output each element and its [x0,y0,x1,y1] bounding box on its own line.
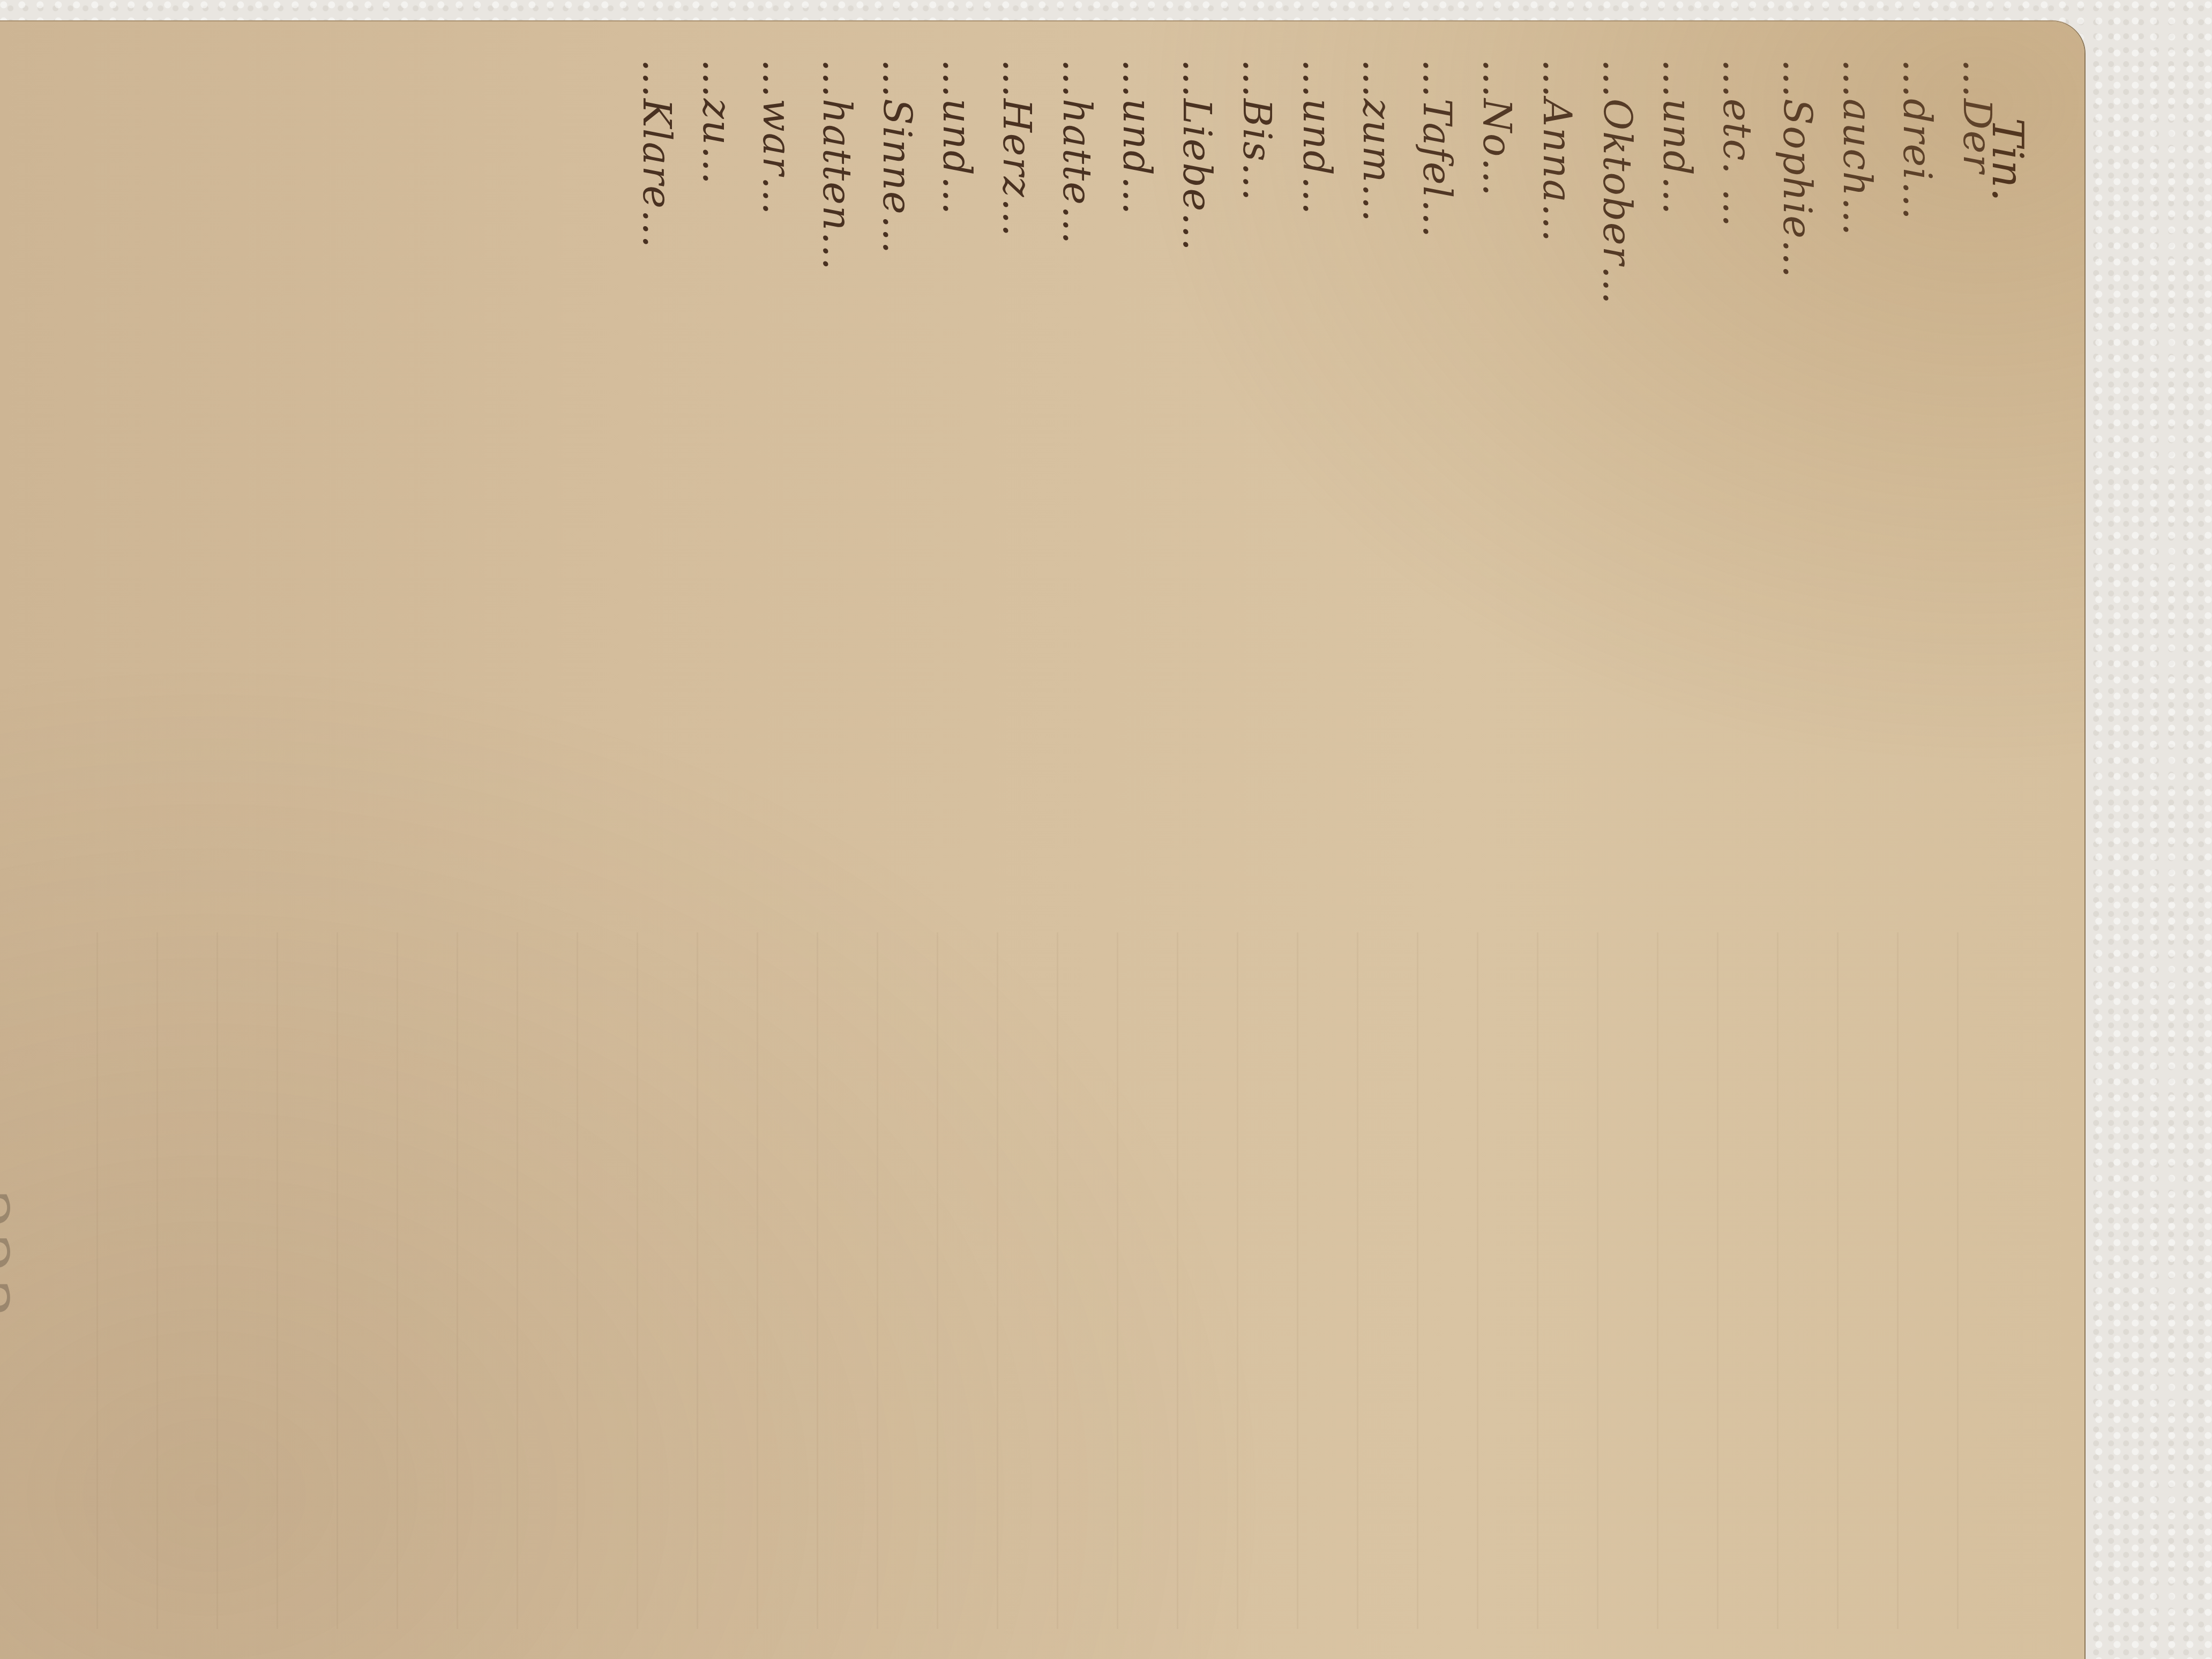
manuscript-page: 223 …Der …drei… …auch… …Sophie… …etc. … … [0,21,2084,1659]
text-line: …Klare… [624,54,684,922]
text-line: …Herz… [984,54,1044,922]
text-line: …Sophie… [1764,54,1824,922]
text-line: …drei… [1884,54,1944,922]
text-line: …auch… [1824,54,1884,922]
text-line: …und… [1644,54,1704,922]
text-line: …und… [1104,54,1164,922]
folio-number: 223 [0,1190,21,1322]
text-line: …Anna… [1524,54,1584,922]
signature: Tin. [1983,118,2032,201]
text-line: …Sinne… [864,54,924,922]
text-line: …und… [924,54,984,922]
text-line: …etc. … [1704,54,1764,922]
text-line: …Oktober… [1584,54,1644,922]
blank-lower-area [96,932,1972,1629]
text-line: …war… [744,54,804,922]
text-line: …und… [1284,54,1344,922]
text-line: …Liebe… [1164,54,1224,922]
text-line: …Tafel… [1404,54,1464,922]
text-line: …zu… [684,54,744,922]
text-line: …hatte… [1044,54,1104,922]
handwritten-text-block: …Der …drei… …auch… …Sophie… …etc. … …und… [96,54,2004,922]
text-line: …No… [1464,54,1524,922]
text-line: …zum… [1344,54,1404,922]
text-line: …Bis… [1224,54,1284,922]
text-line: …hatten… [804,54,864,922]
